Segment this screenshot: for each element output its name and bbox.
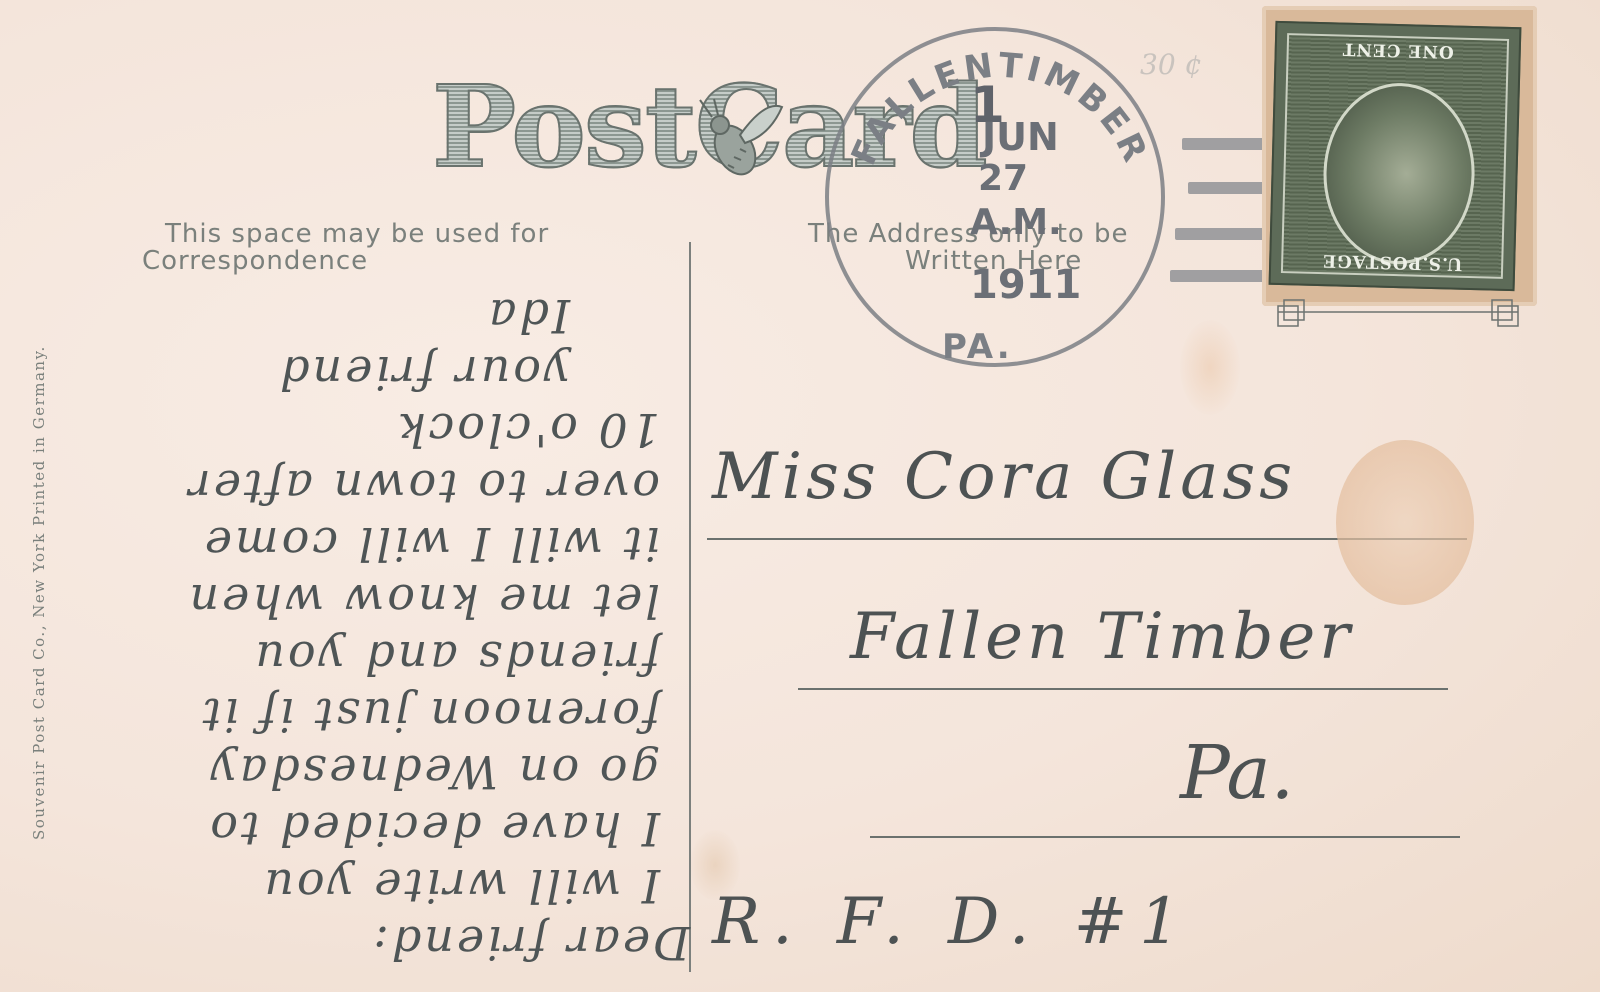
svg-text:1911: 1911 — [970, 262, 1081, 308]
bee-icon — [690, 95, 790, 190]
correspondence-label: This space may be used for — [165, 221, 549, 248]
age-stain — [1180, 320, 1240, 415]
message-line: Dear friend: — [370, 916, 690, 970]
svg-text:JUN: JUN — [979, 115, 1059, 159]
postcard-back: PostCard This space may be used for Corr… — [0, 0, 1600, 992]
message-line: I will write you — [261, 859, 660, 913]
svg-text:PA.: PA. — [942, 327, 1013, 367]
recipient-route: R. F. D. #1 — [712, 885, 1192, 959]
pencil-mark: 30 ¢ — [1140, 48, 1202, 81]
franklin-portrait-icon — [1321, 81, 1477, 266]
recipient-name: Miss Cora Glass — [712, 440, 1296, 514]
recipient-state: Pa. — [1180, 730, 1294, 816]
stamp-box-ornament — [1276, 292, 1521, 330]
address-line — [798, 688, 1448, 690]
water-stain — [1336, 440, 1474, 605]
message-line: let me know when — [186, 574, 660, 628]
svg-text:A.M.: A.M. — [970, 202, 1062, 243]
stamp-face: ONE CENT U.S.POSTAGE — [1269, 21, 1522, 291]
message-line: go on Wednesday — [208, 745, 660, 799]
message-line: friends and you — [252, 631, 660, 685]
message-line: Ida — [486, 289, 570, 343]
message-line: I have decided to — [207, 802, 660, 856]
handwritten-message: Dear friend:I will write youI have decid… — [40, 250, 690, 970]
address-line — [870, 836, 1460, 838]
svg-text:27: 27 — [978, 158, 1028, 199]
message-line: it will I will come — [202, 517, 660, 571]
postmark: FALLENTIMBER 1 JUN 27 A.M. 1911 PA. — [820, 22, 1170, 372]
message-line: forenoon just if it — [200, 688, 660, 742]
message-line: over to town after — [186, 460, 660, 514]
postage-stamp: ONE CENT U.S.POSTAGE — [1262, 6, 1537, 306]
message-line: your friend — [277, 346, 570, 400]
recipient-city: Fallen Timber — [850, 600, 1354, 674]
message-line: 10 o'clock — [395, 403, 660, 457]
